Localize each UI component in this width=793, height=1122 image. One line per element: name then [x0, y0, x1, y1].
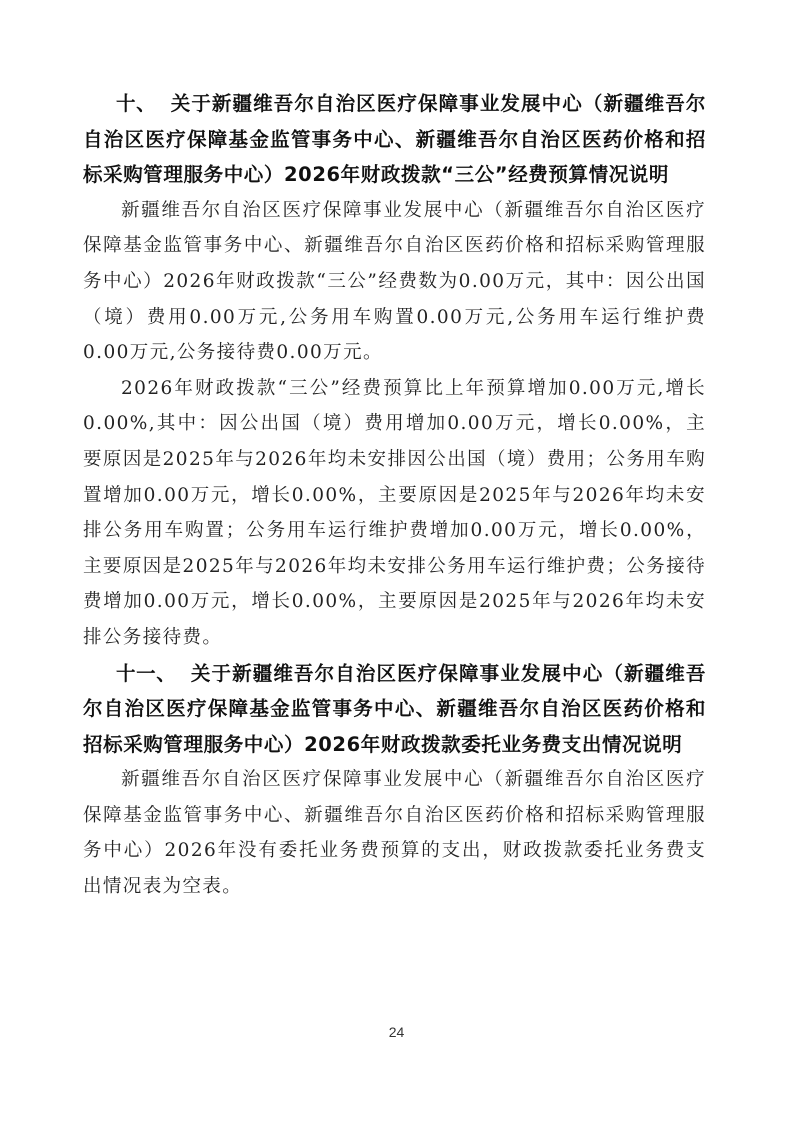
section-heading-10: 十、关于新疆维吾尔自治区医疗保障事业发展中心（新疆维吾尔自治区医疗保障基金监管事… [83, 86, 706, 193]
section-title: 关于新疆维吾尔自治区医疗保障事业发展中心（新疆维吾尔自治区医疗保障基金监管事务中… [83, 92, 706, 186]
document-page: 十、关于新疆维吾尔自治区医疗保障事业发展中心（新疆维吾尔自治区医疗保障基金监管事… [83, 86, 706, 905]
paragraph: 2026年财政拨款“三公”经费预算比上年预算增加0.00万元,增长0.00%,其… [83, 371, 706, 656]
section-number: 十、 [83, 86, 170, 122]
paragraph: 新疆维吾尔自治区医疗保障事业发展中心（新疆维吾尔自治区医疗保障基金监管事务中心、… [83, 762, 706, 904]
section-number: 十一、 [83, 656, 190, 692]
paragraph: 新疆维吾尔自治区医疗保障事业发展中心（新疆维吾尔自治区医疗保障基金监管事务中心、… [83, 193, 706, 371]
page-number: 24 [0, 1024, 793, 1040]
section-heading-11: 十一、关于新疆维吾尔自治区医疗保障事业发展中心（新疆维吾尔自治区医疗保障基金监管… [83, 656, 706, 763]
